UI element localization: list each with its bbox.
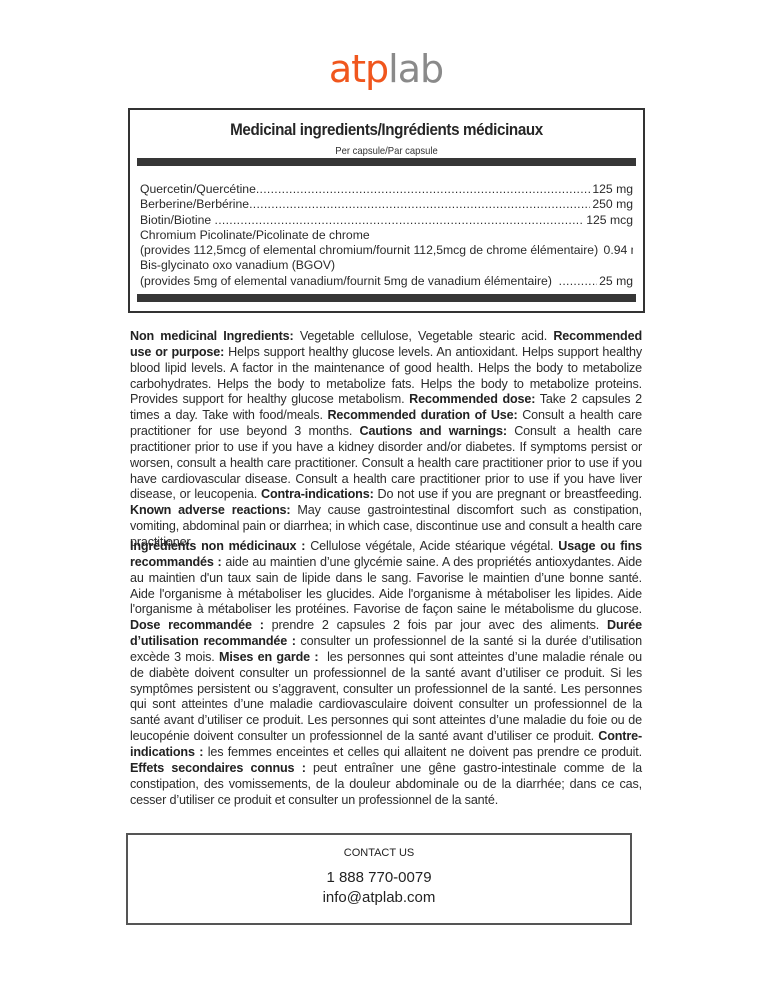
contra-indications-text: Do not use if you are pregnant or breast… [374,487,642,501]
ingredient-row: (provides 112,5mcg of elemental chromium… [140,243,633,258]
ingredient-name: Bis-glycinato oxo vanadium (BGOV) [140,258,633,273]
ingredient-row: Quercetin/Quercétine 125 mg [140,182,633,197]
contact-email[interactable]: info@atplab.com [128,889,630,906]
leader-dots [249,197,590,212]
medicinal-ingredients-title: Medicinal ingredients/Ingrédients médici… [151,121,623,140]
non-medicinal-label-fr: Ingrédients non médicinaux : [130,539,305,553]
ingredient-name: Biotin/Biotine [140,213,215,228]
contra-indications-label: Contra-indications: [261,487,374,501]
ingredient-amount: 125 mcg [584,213,633,228]
ingredient-name: Chromium Picolinate/Picolinate de chrome [140,228,633,243]
contact-box: CONTACT US 1 888 770-0079 info@atplab.co… [126,833,632,925]
ingredient-detail: (provides 112,5mcg of elemental chromium… [140,243,602,258]
recommended-dose-label-fr: Dose recommandée : [130,618,264,632]
non-medicinal-text-fr: Cellulose végétale, Acide stéarique végé… [305,539,558,553]
ingredient-row: Berberine/Berbérine 250 mg [140,197,633,212]
contact-phone[interactable]: 1 888 770-0079 [128,869,630,886]
cautions-label-fr: Mises en garde : [219,650,318,664]
english-label-text: Non medicinal Ingredients: Vegetable cel… [130,329,642,551]
ingredient-row: (provides 5mg of elemental vanadium/four… [140,274,633,289]
medicinal-ingredients-panel: Medicinal ingredients/Ingrédients médici… [128,108,645,313]
divider-bar-top [137,158,636,166]
cautions-label: Cautions and warnings: [360,424,507,438]
leader-dots [215,213,585,228]
adverse-reactions-label: Known adverse reactions: [130,503,290,517]
logo-atp: atp [329,47,388,91]
ingredient-amount: 0.94 mg [602,243,633,258]
ingredient-row: Biotin/Biotine 125 mcg [140,213,633,228]
leader-dots [256,182,591,197]
ingredient-amount: 25 mg [597,274,633,289]
leader-dots [559,274,597,289]
ingredient-name: Quercetin/Quercétine [140,182,256,197]
contact-us-heading: CONTACT US [128,847,630,859]
non-medicinal-text: Vegetable cellulose, Vegetable stearic a… [294,329,554,343]
atplab-logo: atplab [0,44,772,94]
logo-lab: lab [388,47,443,91]
recommended-dose-text-fr: prendre 2 capsules 2 fois par jour avec … [264,618,607,632]
contra-indications-text-fr: les femmes enceintes et celles qui allai… [203,745,642,759]
recommended-dose-label: Recommended dose: [409,392,535,406]
divider-bar-bottom [137,294,636,302]
ingredient-detail: (provides 5mg of elemental vanadium/four… [140,274,559,289]
french-label-text: Ingrédients non médicinaux : Cellulose v… [130,539,642,808]
ingredient-name: Berberine/Berbérine [140,197,249,212]
per-capsule-subtitle: Per capsule/Par capsule [156,145,618,157]
adverse-reactions-label-fr: Effets secondaires connus : [130,761,306,775]
ingredient-amount: 125 mg [590,182,633,197]
ingredient-list: Quercetin/Quercétine 125 mg Berberine/Be… [140,182,633,289]
ingredient-amount: 250 mg [590,197,633,212]
duration-label: Recommended duration of Use: [327,408,517,422]
non-medicinal-label: Non medicinal Ingredients: [130,329,294,343]
